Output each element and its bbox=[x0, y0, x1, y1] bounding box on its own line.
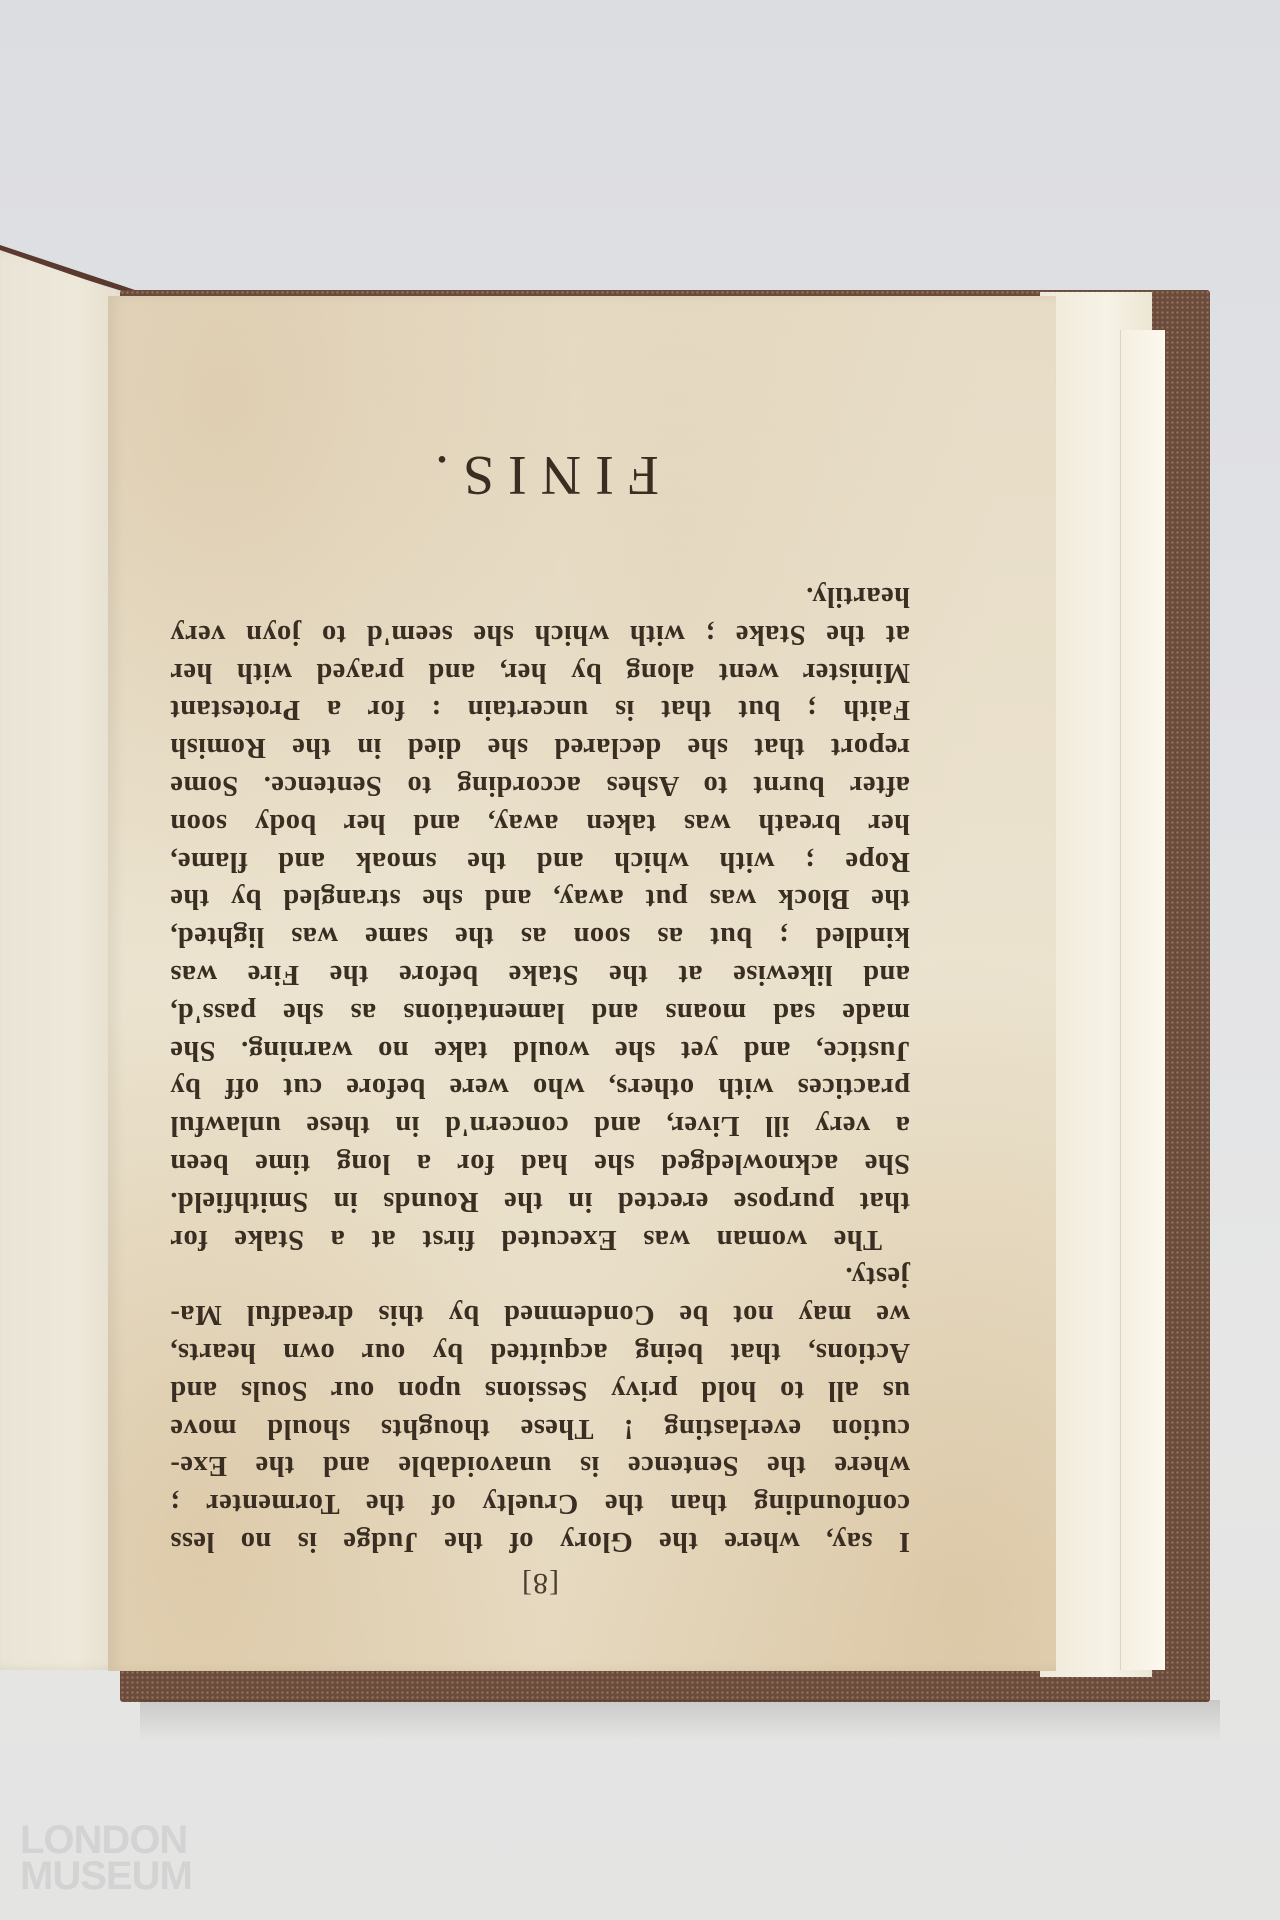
text-line: confounding than the Cruelty of the Torm… bbox=[170, 1484, 910, 1522]
page-number: [8] bbox=[170, 1566, 910, 1600]
text-line: Justice, and yet she would take no warni… bbox=[170, 1031, 910, 1069]
text-line: jesty. bbox=[170, 1258, 910, 1296]
text-line: after burnt to Ashes according to Senten… bbox=[170, 766, 910, 804]
text-line: Rope ; with which and the smoak and flam… bbox=[170, 842, 910, 880]
text-line: us all to hold privy Sessions upon our S… bbox=[170, 1371, 910, 1409]
cover-shadow bbox=[140, 1700, 1220, 1740]
text-line: a very ill Liver, and concern'd in these… bbox=[170, 1106, 910, 1144]
watermark-line-2: MUSEUM bbox=[20, 1858, 192, 1894]
text-line: and likewise at the Stake before the Fir… bbox=[170, 955, 910, 993]
text-line: the Block was put away, and she strangle… bbox=[170, 880, 910, 918]
text-line: She acknowledged she had for a long time… bbox=[170, 1144, 910, 1182]
text-line: Faith ; but that is uncertain : for a Pr… bbox=[170, 691, 910, 729]
text-line: cution everlasting ! These thoughts shou… bbox=[170, 1409, 910, 1447]
text-line: practices with others, who were before c… bbox=[170, 1069, 910, 1107]
text-line: The woman was Executed first at a Stake … bbox=[170, 1220, 910, 1258]
museum-watermark: LONDON MUSEUM bbox=[20, 1822, 192, 1894]
text-line: kindled ; but as soon as the same was li… bbox=[170, 917, 910, 955]
text-line: Minister went along by her, and prayed w… bbox=[170, 653, 910, 691]
watermark-line-1: LONDON bbox=[20, 1822, 192, 1858]
text-line: her breath was taken away, and her body … bbox=[170, 804, 910, 842]
text-line: Actions, that being acquitted by our own… bbox=[170, 1333, 910, 1371]
text-line: heartily. bbox=[170, 577, 910, 615]
text-line: where the Sentence is unavoidable and th… bbox=[170, 1447, 910, 1485]
text-line: report that she declared she died in the… bbox=[170, 728, 910, 766]
page-stack-endleaf bbox=[1120, 330, 1165, 1670]
text-line: we may not be Condemned by this dreadful… bbox=[170, 1295, 910, 1333]
finis-heading: FINIS. bbox=[170, 443, 910, 507]
text-line: made sad moans and lamentations as she p… bbox=[170, 993, 910, 1031]
text-line: that purpose erected in the Rounds in Sm… bbox=[170, 1182, 910, 1220]
text-line: I say, where the Glory of the Judge is n… bbox=[170, 1522, 910, 1560]
photo-scene: [8] I say, where the Glory of the Judge … bbox=[0, 0, 1280, 1920]
text-line: at the Stake ; with which she seem'd to … bbox=[170, 615, 910, 653]
page-text-upside-down: [8] I say, where the Glory of the Judge … bbox=[170, 540, 910, 1600]
